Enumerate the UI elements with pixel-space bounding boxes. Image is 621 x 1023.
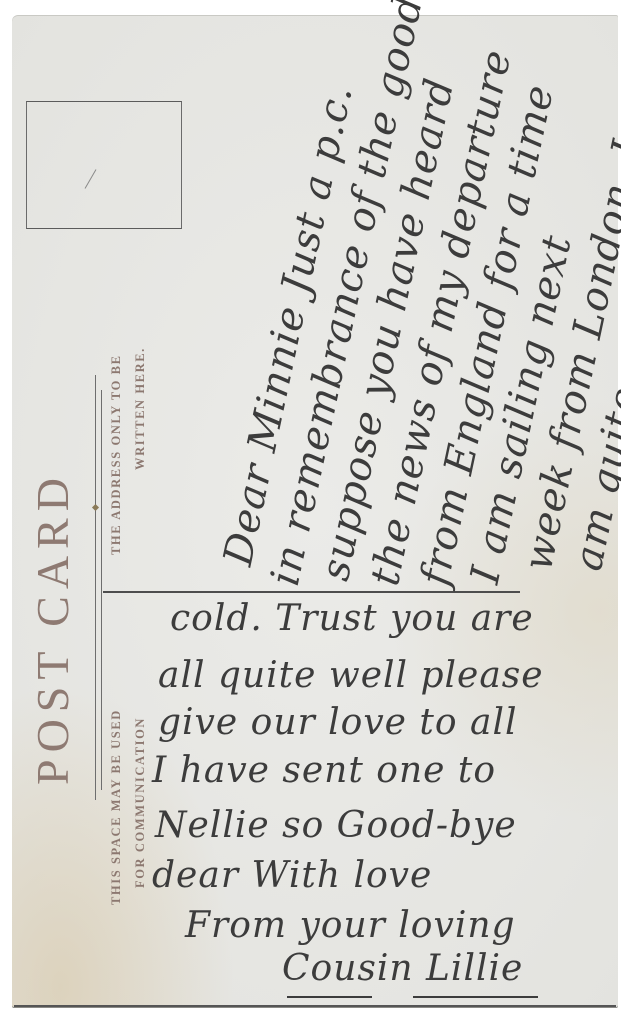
stamp-box (26, 101, 182, 229)
signature: Cousin Lillie (282, 948, 523, 989)
divider-vertical-inner (101, 390, 102, 790)
divider-vertical-outer (95, 375, 96, 800)
post-card-title: POST CARD (26, 471, 79, 785)
handwritten-line: From your loving (185, 905, 516, 946)
handwritten-line: Nellie so Good-bye (155, 805, 517, 846)
handwritten-line: cold. Trust you are (170, 598, 534, 639)
signature-underline-name (413, 996, 538, 998)
address-instruction-line1: THE ADDRESS ONLY TO BE (109, 354, 124, 555)
signature-underline-cousin (287, 996, 372, 998)
card-bottom-edge (14, 1005, 616, 1007)
handwritten-line: all quite well please (158, 655, 544, 696)
communication-instruction-line2: FOR COMMUNICATION (133, 717, 148, 888)
handwritten-line: dear With love (152, 855, 432, 896)
handwritten-line: give our love to all (158, 702, 518, 743)
handwritten-line: I have sent one to (152, 750, 496, 791)
address-instruction-line2: WRITTEN HERE. (133, 347, 148, 470)
communication-instruction-line1: THIS SPACE MAY BE USED (109, 709, 124, 905)
divider-horizontal (103, 591, 520, 593)
